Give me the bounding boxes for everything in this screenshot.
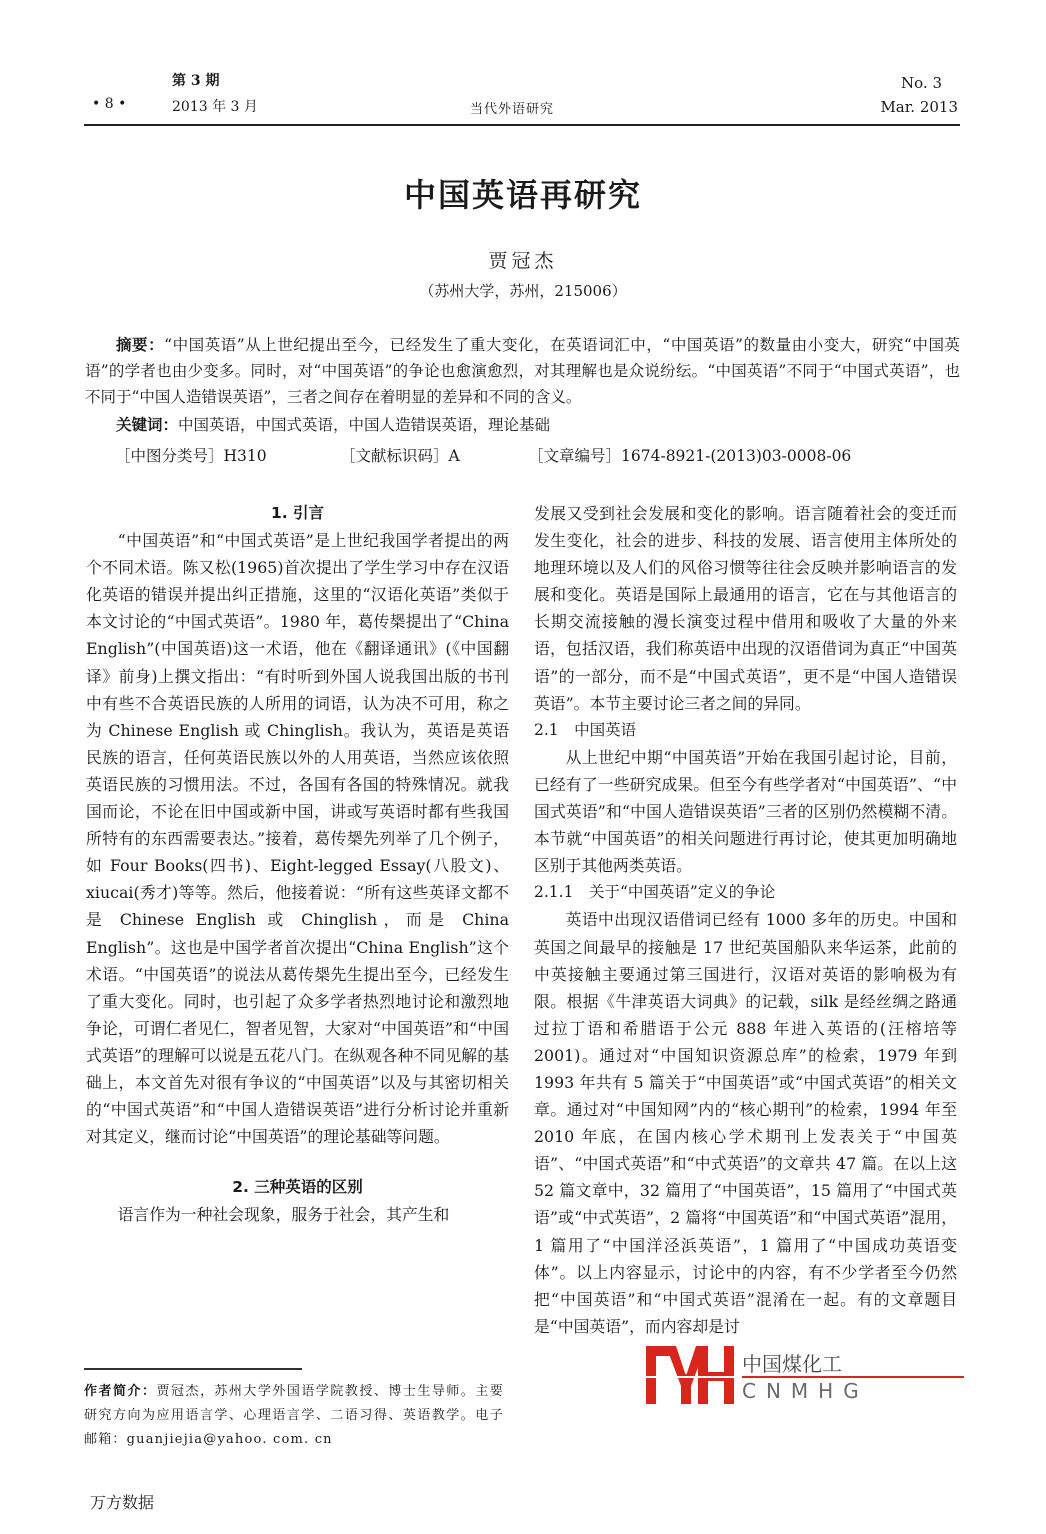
article-title: 中国英语再研究 <box>0 170 1046 216</box>
keywords-label: 关键词： <box>116 415 178 434</box>
section2-paragraph-start: 语言作为一种社会现象，服务于社会，其产生和 <box>86 1201 509 1228</box>
header-date-en: Mar. 2013 <box>880 98 958 116</box>
document-code: ［文献标识码］A <box>340 444 460 466</box>
watermark-logo-icon <box>646 1346 734 1404</box>
subsection-2-1-1-paragraph: 英语中出现汉语借词已经有 1000 多年的历史。中国和英国之间最早的接触是 17… <box>534 906 957 1340</box>
abstract-label: 摘要： <box>116 335 164 354</box>
header-page-marker: • 8 • <box>92 96 126 112</box>
section2-paragraph-continued: 发展又受到社会发展和变化的影响。语言随着社会的变迁而发生变化，社会的进步、科技的… <box>534 500 957 717</box>
article-no-value: 1674-8921-(2013)03-0008-06 <box>621 447 851 465</box>
header-rule <box>84 124 960 126</box>
article-affiliation: （苏州大学，苏州，215006） <box>0 280 1046 301</box>
doc-code-value: A <box>449 447 460 465</box>
header-journal-name: 当代外语研究 <box>470 98 554 117</box>
section-heading-three-englishes: 2. 三种英语的区别 <box>86 1174 509 1201</box>
footnote-label: 作者简介： <box>84 1384 156 1399</box>
keywords-text: 中国英语，中国式英语，中国人造错误英语，理论基础 <box>178 416 550 434</box>
left-column: 1. 引言 “中国英语”和“中国式英语”是上世纪我国学者提出的两个不同术语。陈又… <box>86 500 509 1228</box>
watermark: 中国煤化工 CNMHG <box>646 1346 966 1406</box>
clc-value: H310 <box>224 447 267 465</box>
clc-number: ［中图分类号］H310 <box>115 444 267 466</box>
source-mark: 万方数据 <box>90 1490 154 1513</box>
article-author: 贾冠杰 <box>0 246 1046 273</box>
watermark-name-cn: 中国煤化工 <box>742 1348 844 1377</box>
subsection-heading-2-1-1: 2.1.1 关于“中国英语”定义的争论 <box>534 879 957 906</box>
doc-code-label: ［文献标识码］ <box>340 447 449 465</box>
subsection-2-1-paragraph: 从上世纪中期“中国英语”开始在我国引起讨论，目前，已经有了一些研究成果。但至今有… <box>534 744 957 879</box>
abstract-text: “中国英语”从上世纪提出至今，已经发生了重大变化，在英语词汇中，“中国英语”的数… <box>85 336 960 406</box>
section-heading-introduction: 1. 引言 <box>86 500 509 527</box>
header-issue-en: No. 3 <box>901 74 942 92</box>
abstract: 摘要：“中国英语”从上世纪提出至今，已经发生了重大变化，在英语词汇中，“中国英语… <box>85 332 960 410</box>
right-column: 发展又受到社会发展和变化的影响。语言随着社会的变迁而发生变化，社会的进步、科技的… <box>534 500 957 1340</box>
section-spacer <box>86 1150 509 1174</box>
keywords: 关键词：中国英语，中国式英语，中国人造错误英语，理论基础 <box>85 412 960 438</box>
watermark-name-en: CNMHG <box>742 1379 869 1403</box>
subsection-heading-2-1: 2.1 中国英语 <box>534 717 957 744</box>
introduction-paragraph: “中国英语”和“中国式英语”是上世纪我国学者提出的两个不同术语。陈又松(1965… <box>86 527 509 1150</box>
footnote-rule <box>84 1368 302 1370</box>
watermark-rule <box>742 1376 964 1378</box>
author-bio-footnote: 作者简介：贾冠杰，苏州大学外国语学院教授、博士生导师。主要研究方向为应用语言学、… <box>84 1380 504 1452</box>
clc-label: ［中图分类号］ <box>115 447 224 465</box>
article-number: ［文章编号］1674-8921-(2013)03-0008-06 <box>528 444 851 466</box>
header-date-cn: 2013 年 3 月 <box>172 96 258 116</box>
header-issue-cn: 第 3 期 <box>172 70 220 90</box>
article-no-label: ［文章编号］ <box>528 447 621 465</box>
